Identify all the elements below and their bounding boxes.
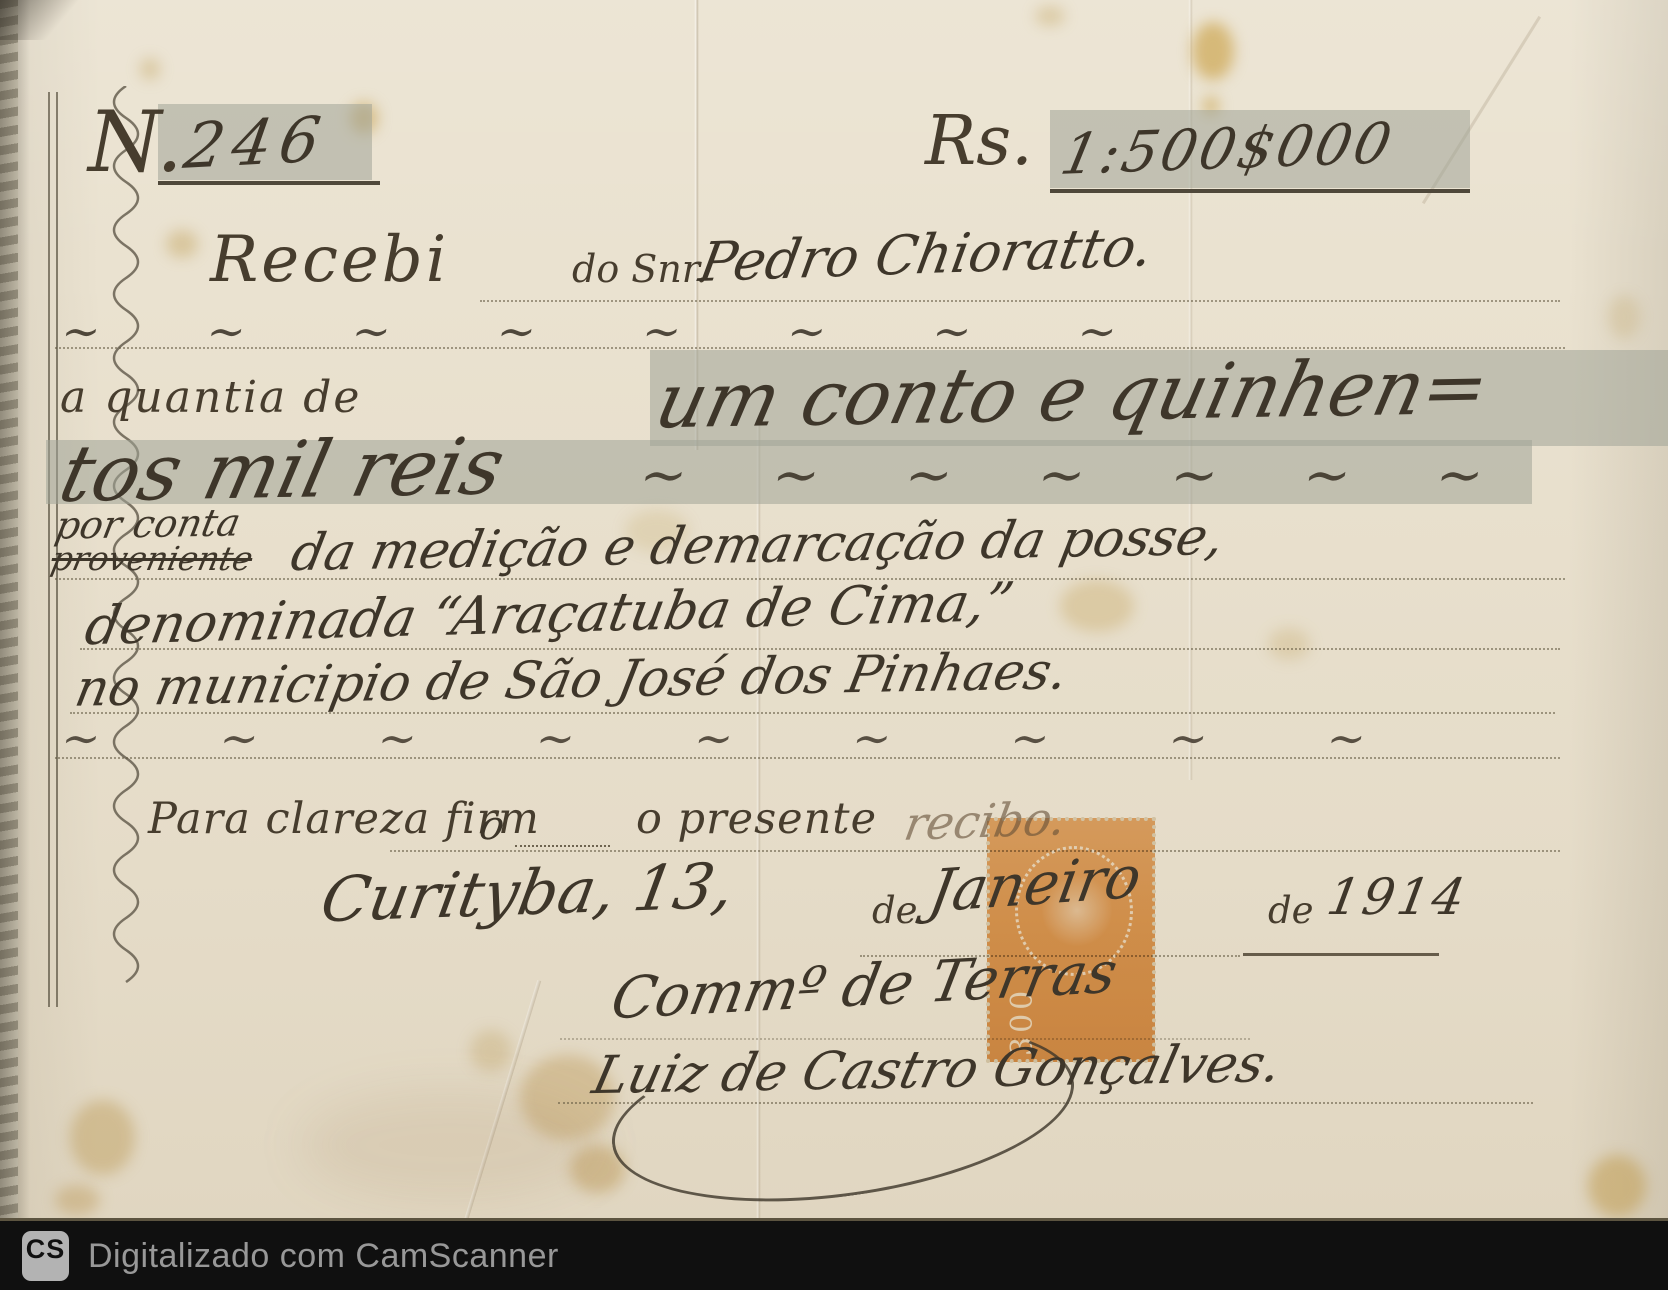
tilde-filler-row: ~ ~ ~ ~ ~ ~ ~ ~	[58, 308, 1121, 354]
number-value: 246	[180, 108, 332, 178]
tilde-filler-row-bottom: ~ ~ ~ ~ ~ ~ ~ ~ ~	[58, 715, 1370, 761]
stain	[70, 1100, 135, 1175]
stain	[1035, 6, 1065, 26]
stain	[55, 1185, 100, 1215]
amount-value: 1:500$000	[1056, 116, 1399, 184]
ruled-line	[515, 845, 610, 847]
scanned-receipt-photo: 300 N. 246 Rs. 1:500$000 Recebi do Snr. …	[0, 0, 1668, 1290]
stain	[470, 1030, 512, 1072]
recebi-label: Recebi	[210, 228, 449, 292]
number-label: N.	[88, 100, 183, 184]
closing-printed-2: o presente	[636, 798, 877, 841]
date-year: 1914	[1324, 872, 1472, 922]
tilde-after-reis: ~ ~ ~ ~ ~ ~ ~	[635, 448, 1488, 504]
correction-struck-word: proveniente	[48, 542, 255, 575]
stain	[300, 1090, 600, 1200]
stain	[1060, 580, 1134, 632]
ruled-line	[480, 300, 1560, 302]
body-line-1: da medição e demarcação da posse,	[287, 512, 1228, 579]
camscanner-logo: CS	[22, 1231, 69, 1281]
quantia-label: a quantia de	[60, 376, 361, 420]
date-de-2: de	[1268, 892, 1314, 929]
closing-hand-recibo: recibo.	[901, 795, 1070, 847]
stain	[1268, 628, 1310, 660]
amount-in-words-line1: um conto e quinhen=	[649, 349, 1496, 440]
date-month: Janeiro	[925, 847, 1146, 921]
amount-underline	[1050, 189, 1470, 193]
stain	[1608, 295, 1640, 339]
stain	[1192, 22, 1234, 80]
do-snr-label: do Snr.	[572, 250, 708, 288]
left-double-rule-1	[48, 92, 50, 1007]
left-edge-shadow	[0, 0, 30, 1218]
ruled-line	[390, 850, 1560, 852]
stain	[1588, 1155, 1646, 1217]
signature-name: Luiz de Castro Gonçalves.	[588, 1038, 1287, 1102]
stain	[140, 58, 160, 80]
stain	[166, 230, 198, 258]
camscanner-bar: CS Digitalizado com CamScanner	[0, 1218, 1668, 1290]
payer-name: Pedro Chioratto.	[695, 220, 1156, 290]
date-city-day: Curityba, 13,	[317, 855, 739, 932]
date-underline	[1243, 953, 1439, 956]
date-de-1: de	[872, 892, 918, 929]
currency-label: Rs.	[925, 108, 1033, 176]
amount-in-words-line2: tos mil reis	[53, 428, 511, 514]
camscanner-credit: Digitalizado com CamScanner	[88, 1237, 559, 1276]
top-left-corner-shade	[0, 0, 80, 40]
